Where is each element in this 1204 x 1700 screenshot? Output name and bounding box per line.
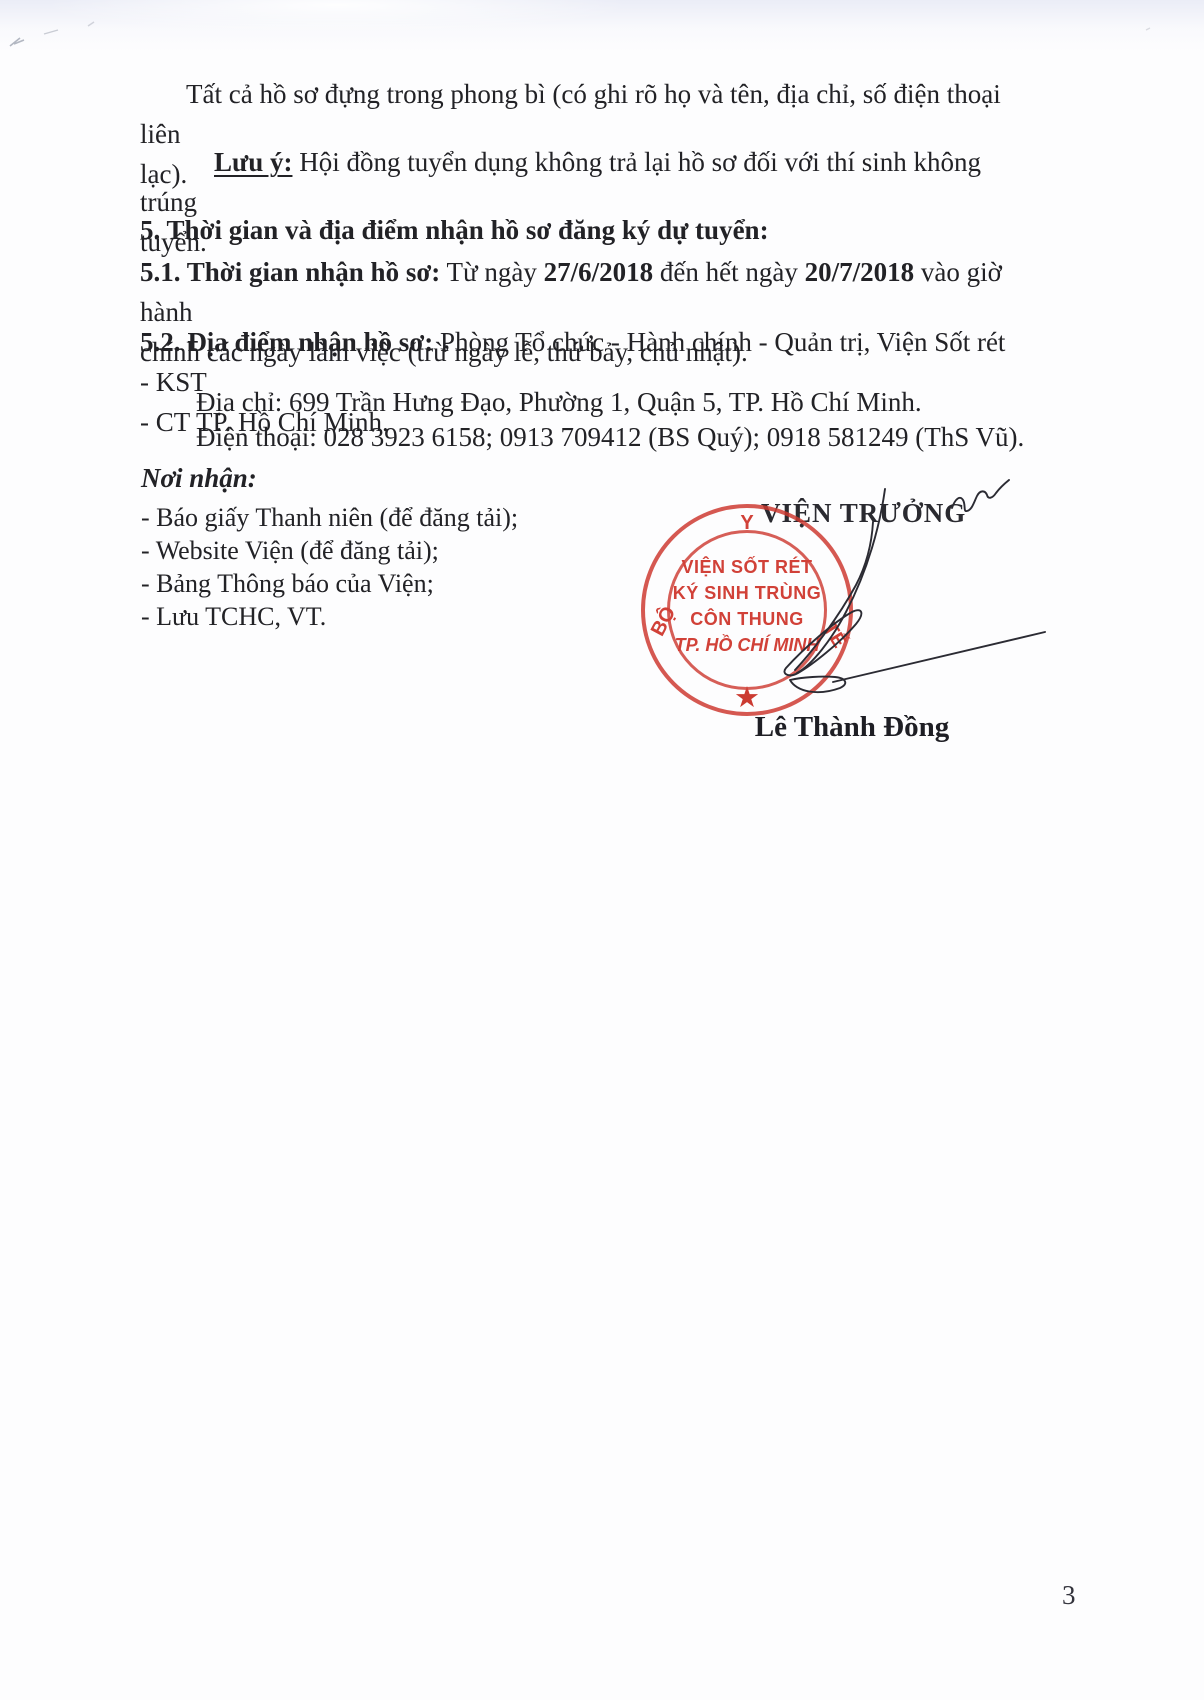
section-5-heading: 5. Thời gian và địa điểm nhận hồ sơ đăng… bbox=[140, 210, 1018, 250]
recipients-block: Nơi nhận: - Báo giấy Thanh niên (để đăng… bbox=[141, 462, 518, 633]
start-date: 27/6/2018 bbox=[544, 257, 654, 287]
signature-stroke bbox=[833, 632, 1045, 682]
recipients-label: Nơi nhận: bbox=[141, 462, 518, 495]
recipient-item: - Lưu TCHC, VT. bbox=[141, 600, 518, 633]
scan-artifact-band bbox=[0, 0, 1204, 52]
seal-text: TP. HỒ CHÍ MINH bbox=[670, 632, 824, 658]
end-date: 20/7/2018 bbox=[805, 257, 915, 287]
recipient-item: - Báo giấy Thanh niên (để đăng tải); bbox=[141, 501, 518, 534]
official-seal: Y BỘ TẾ ★ VIỆN SỐT RÉT KÝ SINH TRÙNG CÔN… bbox=[641, 504, 853, 716]
pencil-marks bbox=[0, 0, 1204, 60]
recipient-item: - Website Viện (để đăng tải); bbox=[141, 534, 518, 567]
document-page: Tất cả hồ sơ đựng trong phong bì (có ghi… bbox=[0, 0, 1204, 1700]
phone-line: Điện thoại: 028 3923 6158; 0913 709412 (… bbox=[196, 417, 1024, 457]
seal-text: CÔN THUNG bbox=[670, 606, 824, 632]
section-5-1-text: đến hết ngày bbox=[653, 257, 804, 287]
recipient-item: - Bảng Thông báo của Viện; bbox=[141, 567, 518, 600]
section-5-1-text: Từ ngày bbox=[440, 257, 543, 287]
section-5-1-label: 5.1. Thời gian nhận hồ sơ: bbox=[140, 257, 440, 287]
seal-text: VIỆN SỐT RÉT bbox=[670, 554, 824, 580]
signer-name: Lê Thành Đồng bbox=[752, 711, 952, 744]
address-line: Địa chỉ: 699 Trần Hưng Đạo, Phường 1, Qu… bbox=[196, 382, 922, 422]
note-label: Lưu ý: bbox=[214, 147, 292, 177]
paragraph-text: Tất cả hồ sơ đựng trong phong bì (có ghi… bbox=[140, 79, 1001, 149]
seal-inner-circle: VIỆN SỐT RÉT KÝ SINH TRÙNG CÔN THUNG TP.… bbox=[667, 530, 827, 690]
section-5-2-label: 5.2. Địa điểm nhận hồ sơ: bbox=[140, 327, 433, 357]
seal-text: KÝ SINH TRÙNG bbox=[670, 580, 824, 606]
page-number: 3 bbox=[1062, 1580, 1076, 1611]
